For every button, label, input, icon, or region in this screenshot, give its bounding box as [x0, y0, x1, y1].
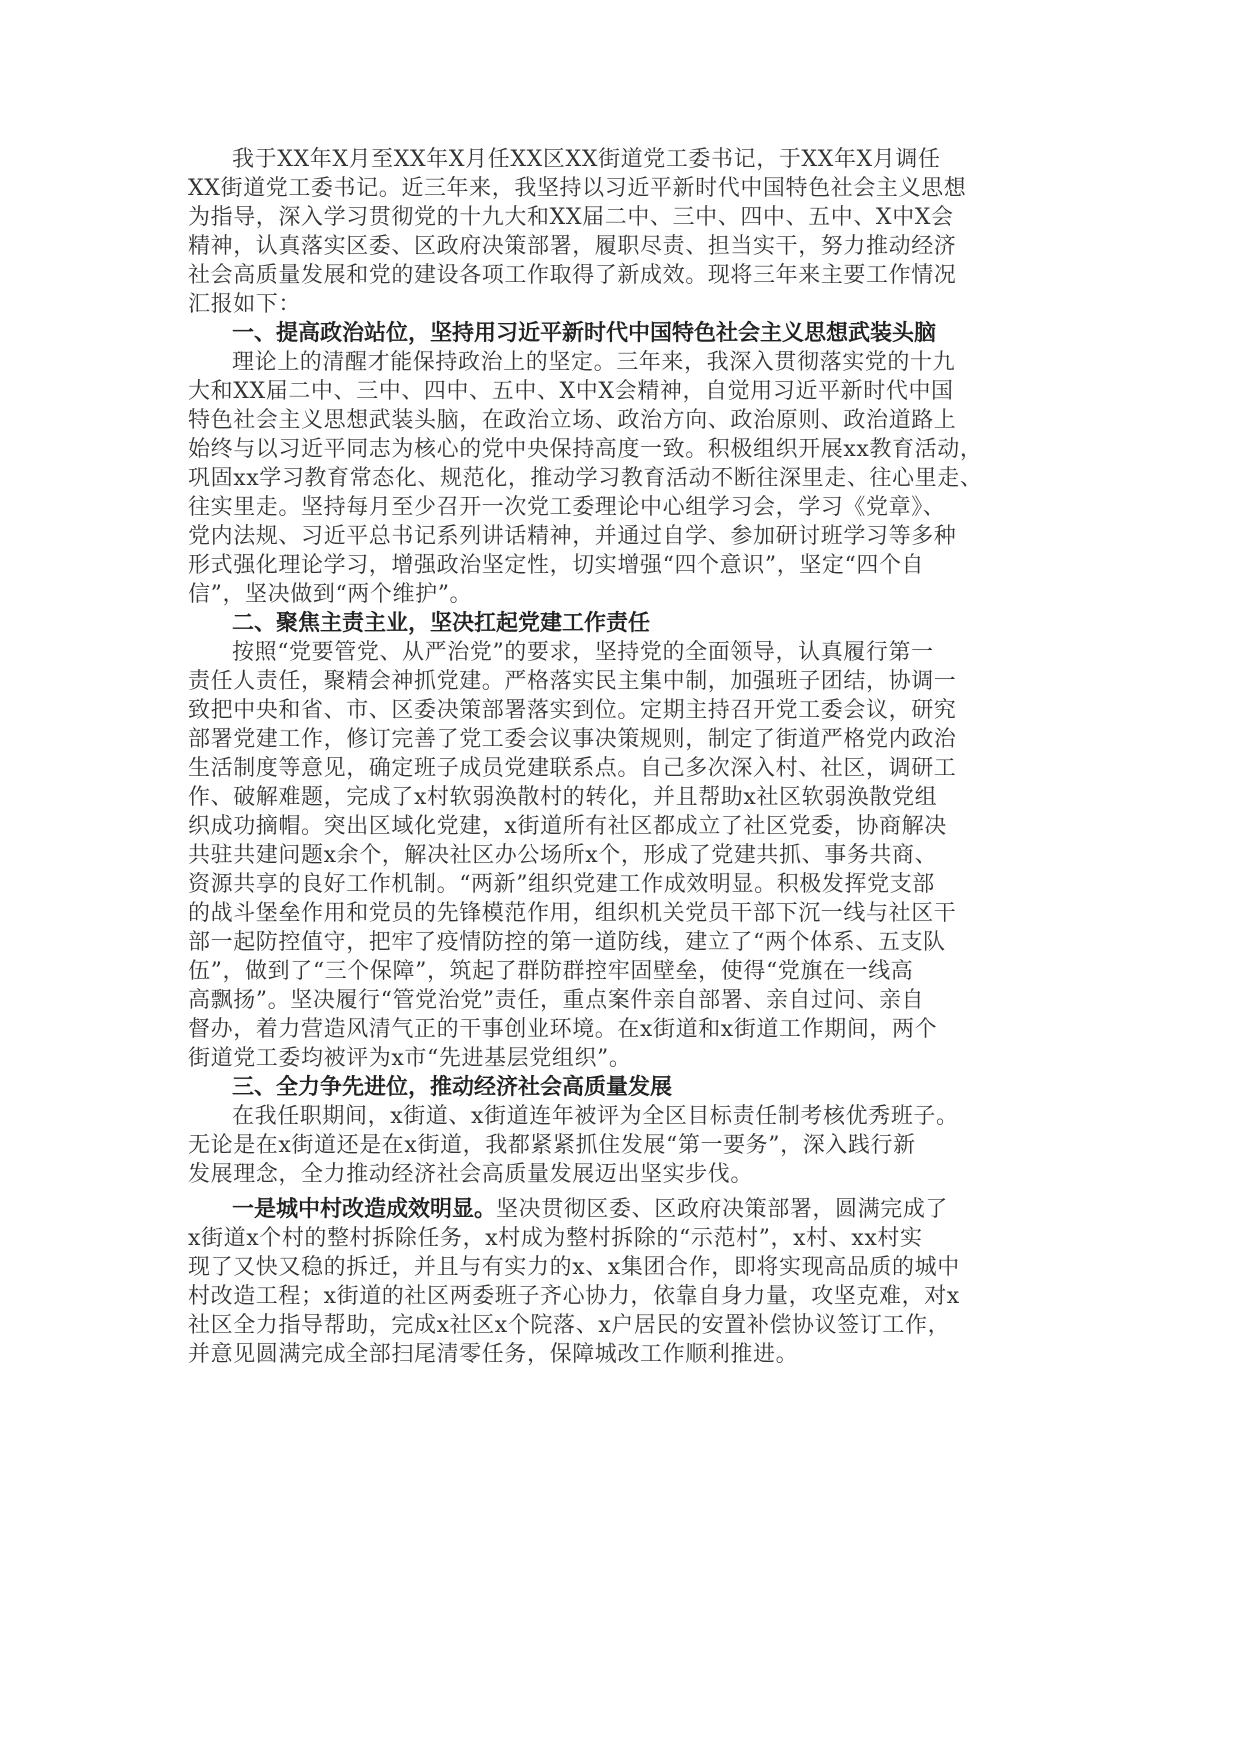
paragraph-line: 巩固xx学习教育常态化、规范化，推动学习教育活动不断往深里走、往心里走、	[188, 464, 1068, 493]
paragraph-line: 街道党工委均被评为x市“先进基层党组织”。	[188, 1044, 1068, 1073]
paragraph-line: 往实里走。坚持每月至少召开一次党工委理论中心组学习会，学习《党章》、	[188, 493, 1068, 522]
paragraph-line: 信”，坚决做到“两个维护”。	[188, 580, 1068, 609]
paragraph-line: 汇报如下：	[188, 290, 1068, 319]
paragraph-line: 我于XX年X月至XX年X月任XX区XX街道党工委书记，于XX年X月调任	[188, 145, 1068, 174]
paragraph-line: 部一起防控值守，把牢了疫情防控的第一道防线，建立了“两个体系、五支队	[188, 928, 1068, 957]
paragraph-line: 社区全力指导帮助，完成x社区x个院落、x户居民的安置补偿协议签订工作，	[188, 1311, 1068, 1340]
paragraph-line: 并意见圆满完成全部扫尾清零任务，保障城改工作顺利推进。	[188, 1340, 1068, 1369]
paragraph-line: 无论是在x街道还是在x街道，我都紧紧抓住发展“第一要务”，深入践行新	[188, 1131, 1068, 1160]
paragraph-line: x街道x个村的整村拆除任务，x村成为整村拆除的“示范村”，x村、xx村实	[188, 1224, 1068, 1253]
paragraph-line: 精神，认真落实区委、区政府决策部署，履职尽责、担当实干，努力推动经济	[188, 232, 1068, 261]
paragraph-line: 始终与以习近平同志为核心的党中央保持高度一致。积极组织开展xx教育活动，	[188, 435, 1068, 464]
section-heading-1: 一、提高政治站位，坚持用习近平新时代中国特色社会主义思想武装头脑	[188, 319, 1068, 348]
paragraph-line: 的战斗堡垒作用和党员的先锋模范作用，组织机关党员干部下沉一线与社区干	[188, 899, 1068, 928]
document-page: 我于XX年X月至XX年X月任XX区XX街道党工委书记，于XX年X月调任 XX街道…	[0, 0, 1240, 1754]
paragraph-line: 高飘扬”。坚决履行“管党治党”责任，重点案件亲自部署、亲自过问、亲自	[188, 986, 1068, 1015]
point-1-first-rest: 坚决贯彻区委、区政府决策部署，圆满完成了	[496, 1197, 948, 1222]
section-heading-2: 二、聚焦主责主业，坚决扛起党建工作责任	[188, 609, 1068, 638]
section-heading-3: 三、全力争先进位，推动经济社会高质量发展	[188, 1073, 1068, 1102]
paragraph-line: 部署党建工作，修订完善了党工委会议事决策规则，制定了街道严格党内政治	[188, 725, 1068, 754]
paragraph-line: 责任人责任，聚精会神抓党建。严格落实民主集中制，加强班子团结，协调一	[188, 667, 1068, 696]
paragraph-line: 按照“党要管党、从严治党”的要求，坚持党的全面领导，认真履行第一	[188, 638, 1068, 667]
paragraph-line: XX街道党工委书记。近三年来，我坚持以习近平新时代中国特色社会主义思想	[188, 174, 1068, 203]
paragraph-line: 形式强化理论学习，增强政治坚定性，切实增强“四个意识”，坚定“四个自	[188, 551, 1068, 580]
paragraph-line: 生活制度等意见，确定班子成员党建联系点。自己多次深入村、社区，调研工	[188, 754, 1068, 783]
paragraph-line: 伍”，做到了“三个保障”，筑起了群防群控牢固壁垒，使得“党旗在一线高	[188, 957, 1068, 986]
paragraph-line: 大和XX届二中、三中、四中、五中、X中X会精神，自觉用习近平新时代中国	[188, 377, 1068, 406]
paragraph-line: 理论上的清醒才能保持政治上的坚定。三年来，我深入贯彻落实党的十九	[188, 348, 1068, 377]
document-body: 我于XX年X月至XX年X月任XX区XX街道党工委书记，于XX年X月调任 XX街道…	[188, 145, 1068, 1369]
paragraph-line: 共驻共建问题x余个，解决社区办公场所x个，形成了党建共抓、事务共商、	[188, 841, 1068, 870]
paragraph-line: 在我任职期间，x街道、x街道连年被评为全区目标责任制考核优秀班子。	[188, 1102, 1068, 1131]
paragraph-line: 党内法规、习近平总书记系列讲话精神，并通过自学、参加研讨班学习等多种	[188, 522, 1068, 551]
paragraph-line: 村改造工程；x街道的社区两委班子齐心协力，依靠自身力量，攻坚克难，对x	[188, 1282, 1068, 1311]
paragraph-line: 作、破解难题，完成了x村软弱涣散村的转化，并且帮助x社区软弱涣散党组	[188, 783, 1068, 812]
paragraph-line: 为指导，深入学习贯彻党的十九大和XX届二中、三中、四中、五中、X中X会	[188, 203, 1068, 232]
paragraph-line: 现了又快又稳的拆迁，并且与有实力的x、x集团合作，即将实现高品质的城中	[188, 1253, 1068, 1282]
paragraph-line: 特色社会主义思想武装头脑，在政治立场、政治方向、政治原则、政治道路上	[188, 406, 1068, 435]
paragraph-line: 社会高质量发展和党的建设各项工作取得了新成效。现将三年来主要工作情况	[188, 261, 1068, 290]
paragraph-line: 资源共享的良好工作机制。“两新”组织党建工作成效明显。积极发挥党支部	[188, 870, 1068, 899]
paragraph-line: 督办，着力营造风清气正的干事创业环境。在x街道和x街道工作期间，两个	[188, 1015, 1068, 1044]
paragraph-line: 织成功摘帽。突出区域化党建，x街道所有社区都成立了社区党委，协商解决	[188, 812, 1068, 841]
paragraph-line: 致把中央和省、市、区委决策部署落实到位。定期主持召开党工委会议，研究	[188, 696, 1068, 725]
paragraph-line: 发展理念，全力推动经济社会高质量发展迈出坚实步伐。	[188, 1160, 1068, 1189]
point-1-first-line: 一是城中村改造成效明显。坚决贯彻区委、区政府决策部署，圆满完成了	[188, 1195, 1068, 1224]
point-1-lead: 一是城中村改造成效明显。	[232, 1197, 496, 1222]
